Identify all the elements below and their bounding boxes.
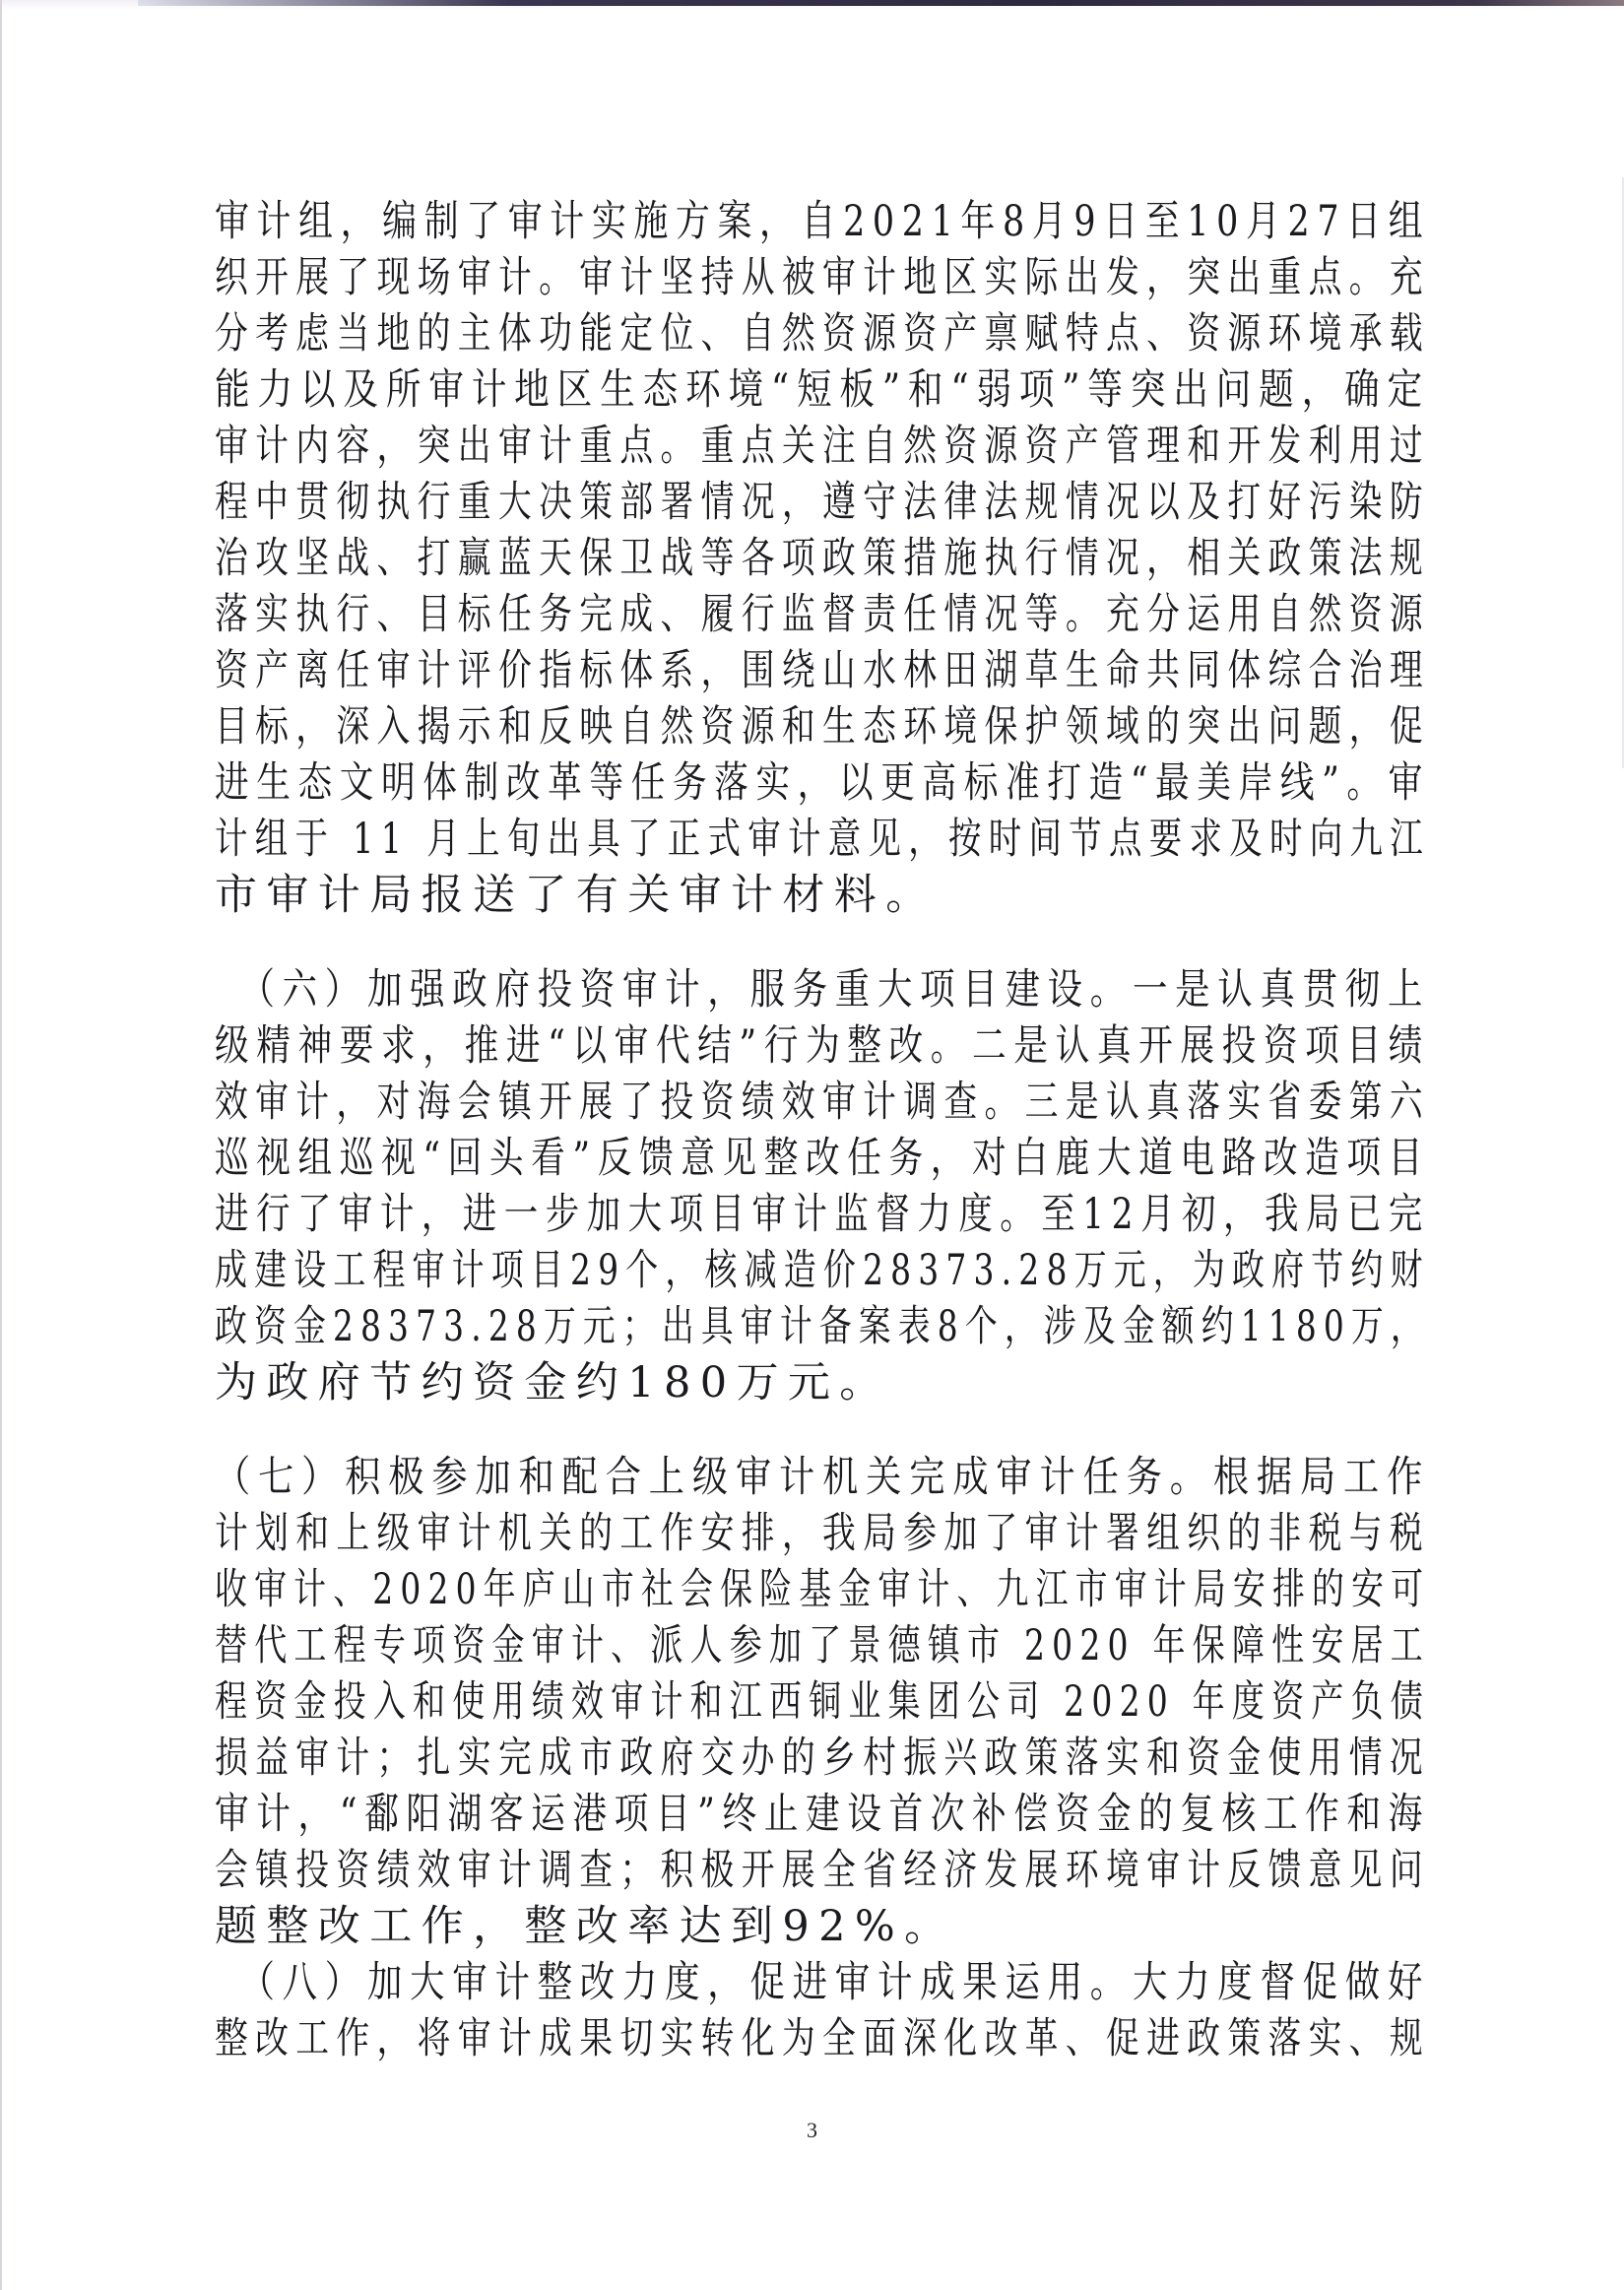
text-line: 进行了审计，进一步加大项目审计监督力度。至12月初，我局已完: [215, 1187, 1430, 1243]
text-line: 进生态文明体制改革等任务落实，以更高标准打造“最美岸线”。审: [215, 755, 1430, 812]
text-line: 题整改工作，整改率达到92%。: [215, 1899, 956, 1955]
text-line: 巡视组巡视“回头看”反馈意见整改任务，对白鹿大道电路改造项目: [215, 1131, 1430, 1187]
text-line: 政资金28373.28万元；出具审计备案表8个，涉及金额约1180万，: [215, 1299, 1430, 1355]
text-line: 审计内容，突出审计重点。重点关注自然资源资产管理和开发利用过: [215, 419, 1430, 475]
text-line: 审计组，编制了审计实施方案，自2021年8月9日至10月27日组: [215, 194, 1430, 250]
scan-left-edge: [0, 0, 2, 2290]
text-line: 程资金投入和使用绩效审计和江西铜业集团公司 2020 年度资产负债: [215, 1674, 1430, 1731]
text-line: 分考虑当地的主体功能定位、自然资源资产禀赋特点、资源环境承载: [215, 306, 1430, 362]
text-line: 成建设工程审计项目29个，核减造价28373.28万元，为政府节约财: [215, 1243, 1430, 1299]
text-line: 审计，“鄱阳湖客运港项目”终止建设首次补偿资金的复核工作和海: [215, 1787, 1430, 1843]
text-line: 计划和上级审计机关的工作安排，我局参加了审计署组织的非税与税: [215, 1506, 1430, 1562]
text-line: （七）积极参加和配合上级审计机关完成审计任务。根据局工作: [215, 1450, 1430, 1506]
text-line: （六）加强政府投资审计，服务重大项目建设。一是认真贯彻上: [215, 962, 1430, 1018]
text-line: 整改工作，将审计成果切实转化为全面深化改革、促进政策落实、规: [215, 2011, 1430, 2067]
text-line: 市审计局报送了有关审计材料。: [215, 868, 938, 924]
text-line: 收审计、2020年庐山市社会保险基金审计、九江市审计局安排的安可: [215, 1562, 1430, 1618]
text-line: 效审计，对海会镇开展了投资绩效审计调查。三是认真落实省委第六: [215, 1075, 1430, 1131]
text-line: 织开展了现场审计。审计坚持从被审计地区实际出发，突出重点。充: [215, 250, 1430, 306]
text-line: 程中贯彻执行重大决策部署情况，遵守法律法规情况以及打好污染防: [215, 475, 1430, 531]
text-line: 损益审计；扎实完成市政府交办的乡村振兴政策落实和资金使用情况: [215, 1731, 1430, 1787]
text-line: 能力以及所审计地区生态环境“短板”和“弱项”等突出问题，确定: [215, 362, 1430, 419]
text-line: 会镇投资绩效审计调查；积极开展全省经济发展环境审计反馈意见问: [215, 1843, 1430, 1899]
text-line: 替代工程专项资金审计、派人参加了景德镇市 2020 年保障性安居工: [215, 1618, 1430, 1674]
scan-top-edge: [138, 0, 1624, 6]
text-line: 资产离任审计评价指标体系，围绕山水林田湖草生命共同体综合治理: [215, 643, 1430, 699]
text-line: 治攻坚战、打赢蓝天保卫战等各项政策措施执行情况，相关政策法规: [215, 531, 1430, 587]
text-line: 计组于 11 月上旬出具了正式审计意见，按时间节点要求及时向九江: [215, 812, 1430, 868]
text-line: 级精神要求，推进“以审代结”行为整改。二是认真开展投资项目绩: [215, 1018, 1430, 1075]
text-line: 落实执行、目标任务完成、履行监督责任情况等。充分运用自然资源: [215, 587, 1430, 643]
document-page: 审计组，编制了审计实施方案，自2021年8月9日至10月27日组织开展了现场审计…: [0, 0, 1624, 2290]
text-line: 目标，深入揭示和反映自然资源和生态环境保护领域的突出问题，促: [215, 699, 1430, 755]
text-line: （八）加大审计整改力度，促进审计成果运用。大力度督促做好: [215, 1955, 1430, 2011]
page-number: 3: [807, 2118, 817, 2143]
text-line: 为政府节约资金约180万元。: [215, 1355, 891, 1411]
